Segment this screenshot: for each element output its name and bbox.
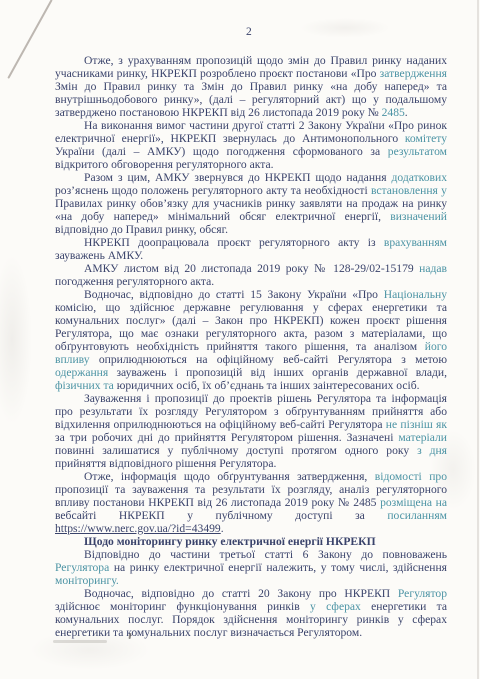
paragraph-text: НКРЕКП доопрацювала проєкт регуляторного… [55, 236, 447, 262]
paragraph-text: Щодо моніторингу ринку електричної енерг… [84, 535, 376, 548]
teal-tinted-text: одержання [55, 366, 108, 379]
paragraph: Отже, з урахуванням пропозицій щодо змін… [55, 54, 447, 119]
paragraph-text: Отже, з урахуванням пропозицій щодо змін… [55, 54, 447, 119]
teal-tinted-text: результатом [388, 145, 447, 158]
scan-smudge [300, 18, 390, 38]
teal-tinted-text: розміщена на [380, 496, 447, 509]
teal-tinted-text: його впливу [55, 340, 447, 366]
paragraph-text: Відповідно до частини третьої статті 6 З… [55, 548, 447, 587]
paragraph: Разом з цим, АМКУ звернувся до НКРЕКП що… [55, 171, 447, 236]
teal-tinted-text: з дня [417, 444, 447, 457]
paragraph-text: Водночас, відповідно до статті 20 Закону… [55, 587, 447, 639]
teal-tinted-text: додаткових [392, 171, 448, 184]
teal-tinted-text: не пізніш як [386, 418, 447, 431]
teal-tinted-text: посиланням [387, 509, 447, 522]
scan-edge-artifact [477, 0, 479, 679]
paragraph: Отже, інформація щодо обґрунтування затв… [55, 470, 447, 535]
section-heading: Щодо моніторингу ринку електричної енерг… [55, 535, 447, 548]
teal-tinted-text: Регулятора [55, 561, 109, 574]
paragraph: Відповідно до частини третьої статті 6 З… [55, 548, 447, 587]
paragraph-text: Разом з цим, АМКУ звернувся до НКРЕКП що… [55, 171, 447, 236]
teal-tinted-text: комітету [405, 132, 447, 145]
teal-tinted-text: врахуванням [384, 236, 447, 249]
teal-tinted-text: Національну [384, 288, 447, 301]
page-corner-fold-artifact [7, 0, 52, 79]
document-body: Отже, з урахуванням пропозицій щодо змін… [55, 54, 447, 639]
teal-tinted-text: моніторингу. [55, 574, 119, 587]
teal-tinted-text: фізичних та [55, 379, 114, 392]
paragraph-text: Отже, інформація щодо обґрунтування затв… [55, 470, 447, 522]
paragraph-text: АМКУ листом від 20 листопада 2019 року №… [55, 262, 447, 288]
teal-tinted-text: Регулятор [398, 587, 447, 600]
paragraph: АМКУ листом від 20 листопада 2019 року №… [55, 262, 447, 288]
paragraph: Зауваження і пропозиції до проектів ріше… [55, 392, 447, 470]
scan-smudge [0, 255, 32, 425]
paragraph: Водночас, відповідно до статті 15 Закону… [55, 288, 447, 392]
teal-tinted-text: надав [419, 262, 447, 275]
paragraph: Водночас, відповідно до статті 20 Закону… [55, 587, 447, 639]
link-suffix: . [221, 522, 224, 535]
teal-tinted-text: встановлення у [371, 184, 447, 197]
teal-tinted-text: матеріали [398, 431, 447, 444]
paragraph-text: На виконання вимог частини другої статті… [55, 119, 447, 171]
teal-tinted-text: відомості про [375, 470, 447, 483]
ink-smear-artifact [53, 640, 107, 643]
teal-tinted-text: визначений [390, 210, 447, 223]
paragraph-text: Водночас, відповідно до статті 15 Закону… [55, 288, 447, 392]
paragraph: На виконання вимог частини другої статті… [55, 119, 447, 171]
teal-tinted-text: 2485 [382, 106, 405, 119]
page-number: 2 [246, 26, 252, 39]
paragraph: НКРЕКП доопрацювала проєкт регуляторного… [55, 236, 447, 262]
teal-tinted-text: у сферах [310, 600, 361, 613]
paragraph-text: Зауваження і пропозиції до проектів ріше… [55, 392, 447, 470]
nerc-website-link[interactable]: https://www.nerc.gov.ua/?id=43499 [55, 522, 221, 535]
teal-tinted-text: затвердження [380, 67, 447, 80]
scanned-document-page: 2 Отже, з урахуванням пропозицій щодо зм… [0, 0, 480, 679]
